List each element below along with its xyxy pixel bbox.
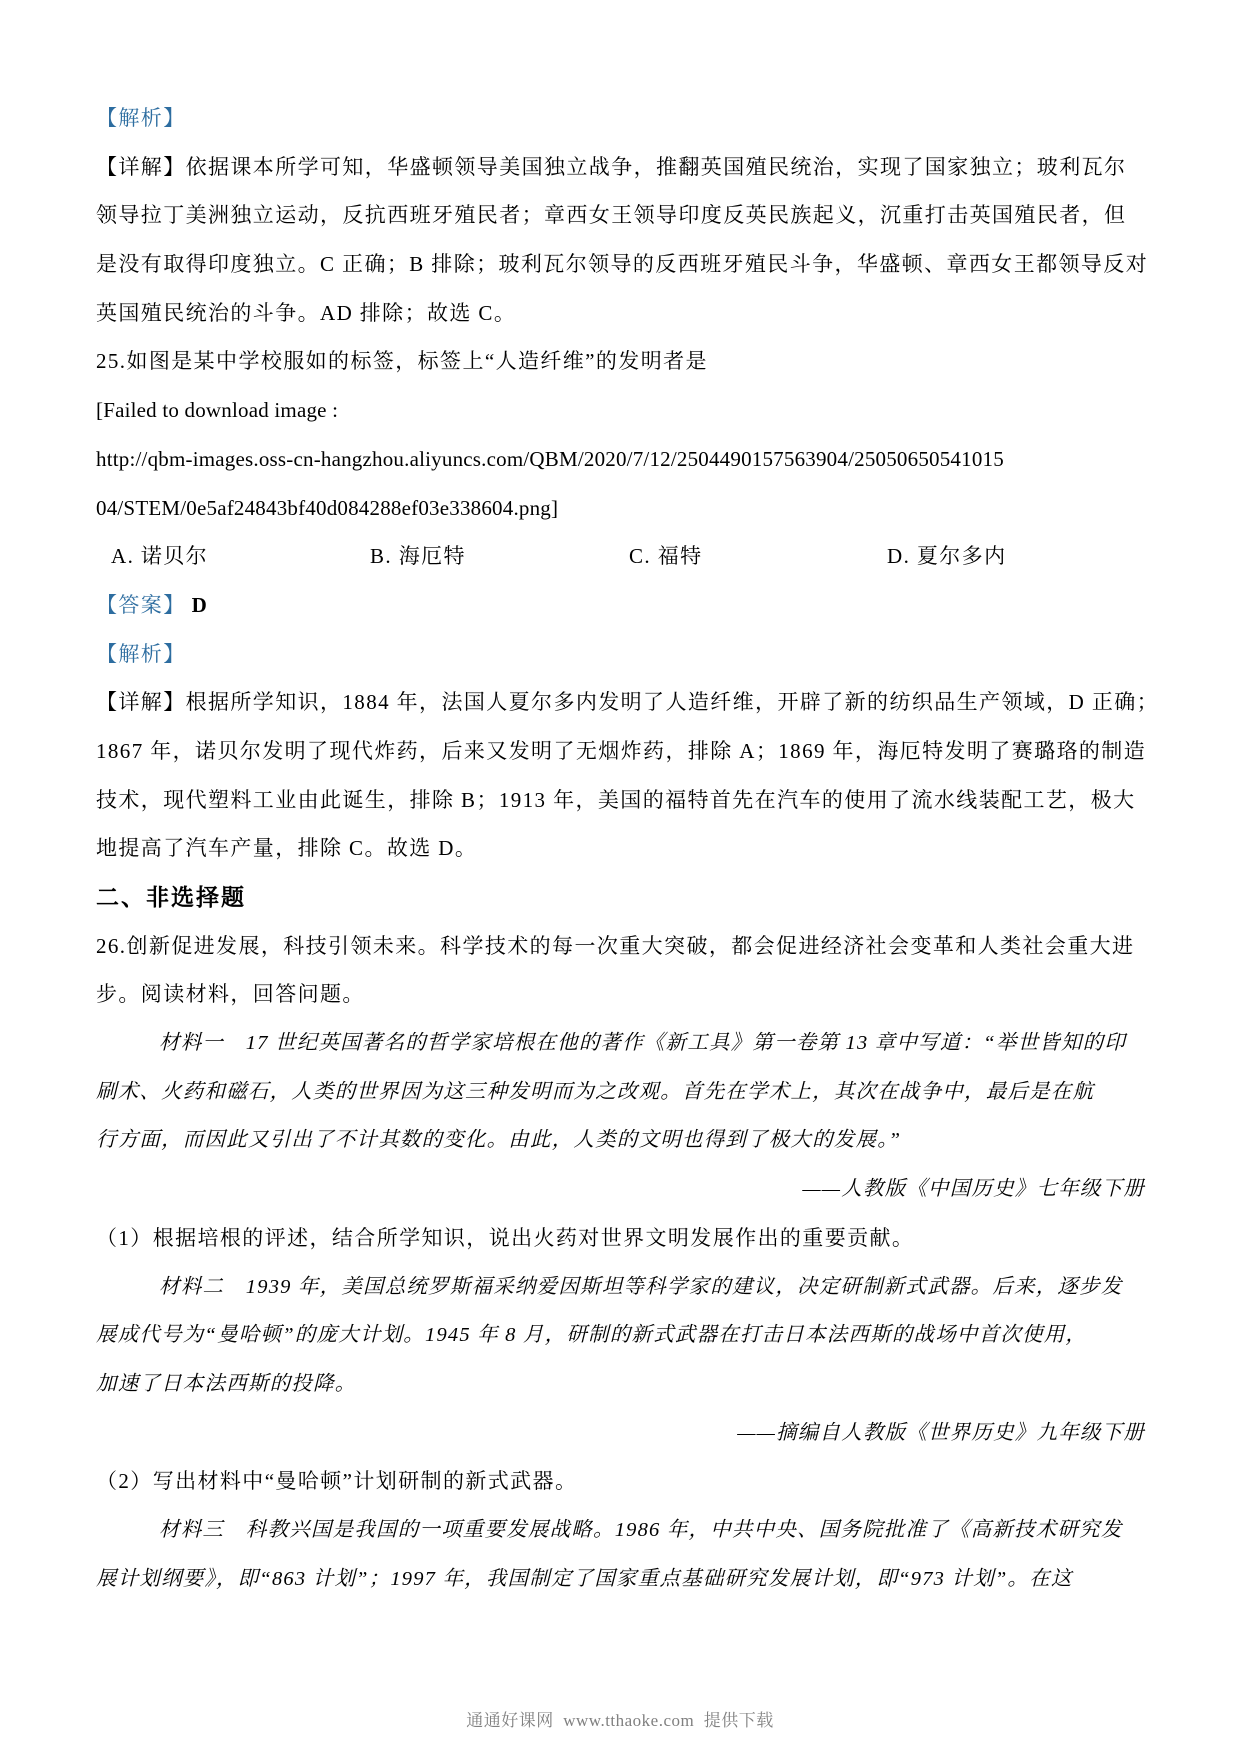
q25-question-stem: 25.如图是某中学校服如的标签，标签上“人造纤维”的发明者是 [96,337,1145,386]
q26-material2-line-3: 加速了日本法西斯的投降。 [96,1360,1145,1409]
q26-subquestion-1: （1）根据培根的评述，结合所学知识，说出火药对世界文明发展作出的重要贡献。 [96,1214,1145,1263]
q26-material1-source: ——人教版《中国历史》七年级下册 [96,1165,1145,1214]
q26-material2-line-2: 展成代号为“曼哈顿”的庞大计划。1945 年 8 月，研制的新式武器在打击日本法… [96,1311,1145,1360]
q26-material1-line-3: 行方面，而因此又引出了不计其数的变化。由此，人类的文明也得到了极大的发展。” [96,1116,1145,1165]
exam-document-page: 【解析】 【详解】依据课本所学可知，华盛顿领导美国独立战争，推翻英国殖民统治，实… [0,0,1240,1754]
q26-material3-line-1: 材料三 科教兴国是我国的一项重要发展战略。1986 年，中共中央、国务院批准了《… [96,1506,1145,1555]
q25-detail-line-2: 1867 年，诺贝尔发明了现代炸药，后来又发明了无烟炸药，排除 A；1869 年… [96,727,1145,776]
q24-detail-line-2: 领导拉丁美洲独立运动，反抗西班牙殖民者；章西女王领导印度反英民族起义，沉重打击英… [96,191,1145,240]
q25-image-fail-line-1: [Failed to download image : [96,386,1145,435]
q25-detail-line-4: 地提高了汽车产量，排除 C。故选 D。 [96,824,1145,873]
q24-detail-line-3: 是没有取得印度独立。C 正确；B 排除；玻利瓦尔领导的反西班牙殖民斗争，华盛顿、… [96,240,1145,289]
q25-analysis-marker: 【解析】 [96,630,1145,679]
q24-analysis-marker: 【解析】 [96,94,1145,143]
q25-answer-line: 【答案】D [96,581,1145,630]
q25-option-b: B. 海厄特 [370,532,466,581]
page-footer: 通通好课网 www.tthaoke.com 提供下载 [0,1706,1240,1731]
document-content: 【解析】 【详解】依据课本所学可知，华盛顿领导美国独立战争，推翻英国殖民统治，实… [96,94,1145,1603]
q26-material1-line-1: 材料一 17 世纪英国著名的哲学家培根在他的著作《新工具》第一卷第 13 章中写… [96,1019,1145,1068]
q26-material3-line-2: 展计划纲要》，即“863 计划”；1997 年，我国制定了国家重点基础研究发展计… [96,1555,1145,1604]
section-2-heading: 二、非选择题 [96,873,1145,922]
q25-answer-value: D [192,593,209,617]
q25-image-fail-url-line-2: 04/STEM/0e5af24843bf40d084288ef03e338604… [96,484,1145,533]
q26-intro-line-1: 26.创新促进发展，科技引领未来。科学技术的每一次重大突破，都会促进经济社会变革… [96,922,1145,971]
q25-option-c: C. 福特 [629,532,703,581]
q26-material2-line-1: 材料二 1939 年，美国总统罗斯福采纳爱因斯坦等科学家的建议，决定研制新式武器… [96,1263,1145,1312]
q26-intro-line-2: 步。阅读材料，回答问题。 [96,970,1145,1019]
q25-image-fail-url-line-1: http://qbm-images.oss-cn-hangzhou.aliyun… [96,435,1145,484]
q26-material1-line-2: 刷术、火药和磁石，人类的世界因为这三种发明而为之改观。首先在学术上，其次在战争中… [96,1068,1145,1117]
q24-detail-line-1: 【详解】依据课本所学可知，华盛顿领导美国独立战争，推翻英国殖民统治，实现了国家独… [96,143,1145,192]
q25-detail-line-1: 【详解】根据所学知识，1884 年，法国人夏尔多内发明了人造纤维，开辟了新的纺织… [96,678,1145,727]
q25-options-row: A. 诺贝尔 B. 海厄特 C. 福特 D. 夏尔多内 [96,532,1145,581]
q25-option-a: A. 诺贝尔 [111,532,208,581]
q24-detail-line-4: 英国殖民统治的斗争。AD 排除；故选 C。 [96,289,1145,338]
q26-subquestion-2: （2）写出材料中“曼哈顿”计划研制的新式武器。 [96,1457,1145,1506]
q25-detail-line-3: 技术，现代塑料工业由此诞生，排除 B；1913 年，美国的福特首先在汽车的使用了… [96,776,1145,825]
q25-answer-marker: 【答案】 [96,593,186,617]
q26-material2-source: ——摘编自人教版《世界历史》九年级下册 [96,1409,1145,1458]
q25-option-d: D. 夏尔多内 [887,532,1006,581]
